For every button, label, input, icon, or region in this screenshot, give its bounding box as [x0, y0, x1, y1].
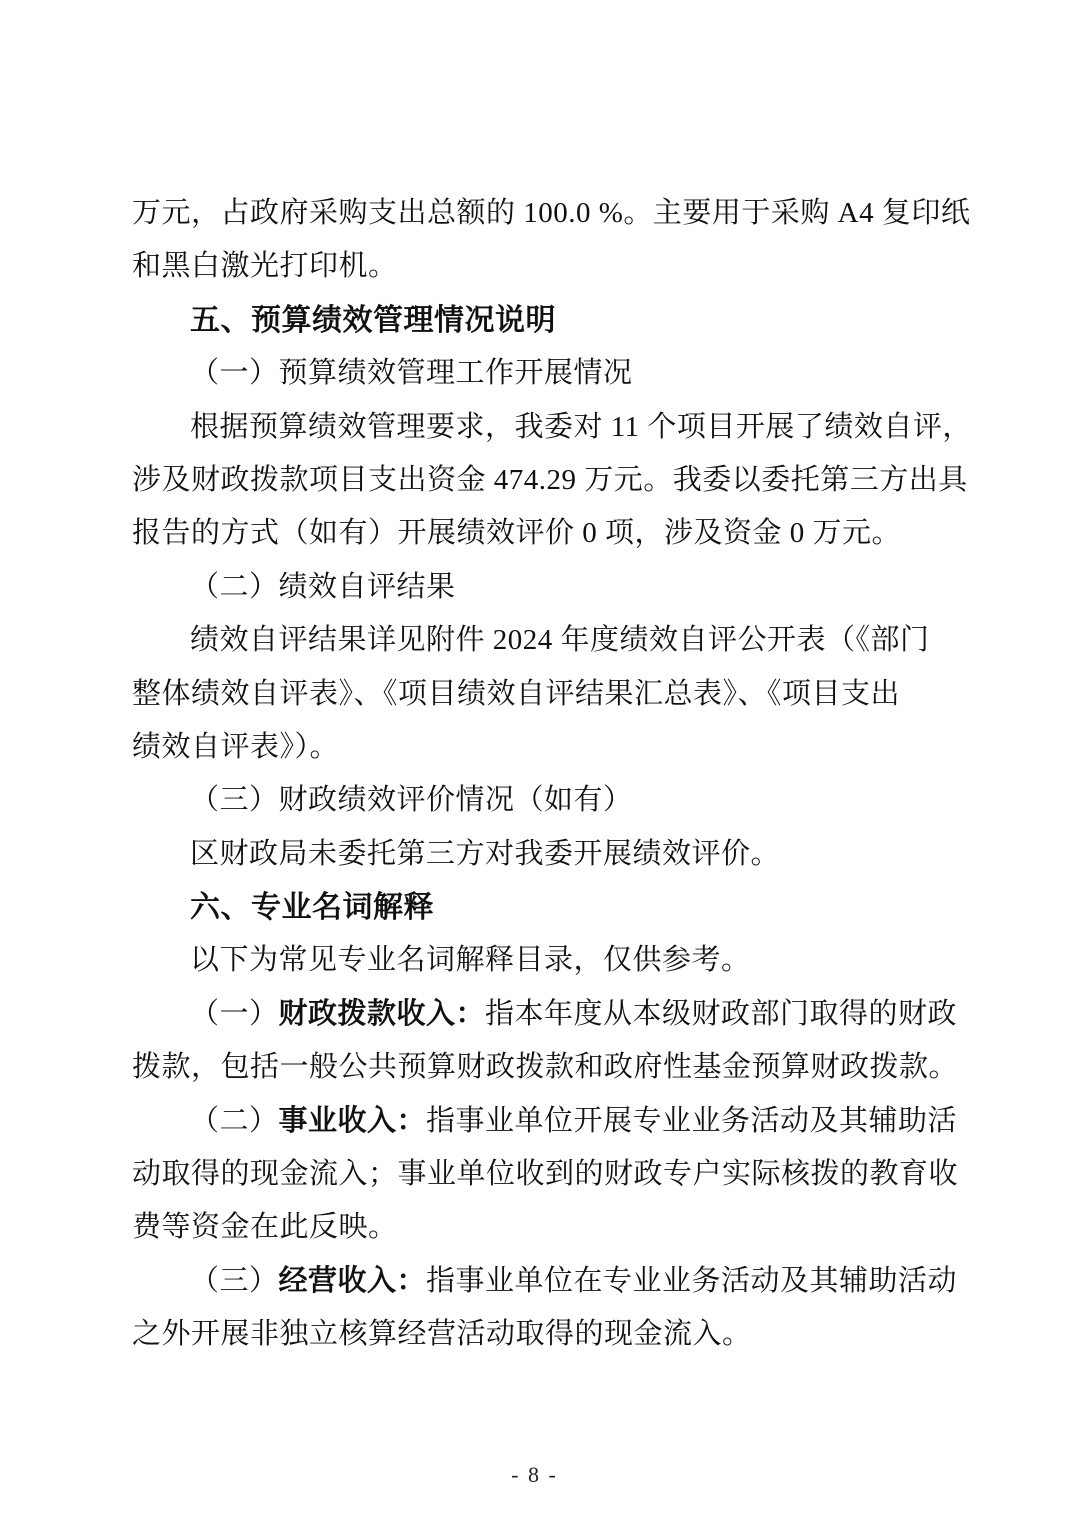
- definition-numbering: （一）: [190, 998, 279, 1030]
- paragraph-line: 之外开展非独立核算经营活动取得的现金流入。: [132, 1308, 940, 1361]
- paragraph-line: 拨款，包括一般公共预算财政拨款和政府性基金预算财政拨款。: [132, 1041, 940, 1094]
- section-heading-5: 五、预算绩效管理情况说明: [132, 294, 940, 347]
- paragraph-line: 绩效自评表》）。: [132, 721, 940, 774]
- paragraph-line: 和黑白激光打印机。: [132, 240, 940, 293]
- paragraph-line: 根据预算绩效管理要求，我委对 11 个项目开展了绩效自评，: [132, 401, 940, 454]
- paragraph-line: 涉及财政拨款项目支出资金 474.29 万元。我委以委托第三方出具: [132, 454, 940, 507]
- definition-line: （二）事业收入：指事业单位开展专业业务活动及其辅助活: [132, 1095, 940, 1148]
- definition-term: 经营收入：: [279, 1265, 427, 1297]
- page-footer: - 8 -: [0, 1462, 1069, 1488]
- subsection-heading-5-2: （二）绩效自评结果: [132, 561, 940, 614]
- definition-text: 指事业单位开展专业业务活动及其辅助活: [426, 1105, 957, 1137]
- paragraph-line: 费等资金在此反映。: [132, 1201, 940, 1254]
- page-number: - 8 -: [511, 1462, 558, 1487]
- paragraph-line: 报告的方式（如有）开展绩效评价 0 项，涉及资金 0 万元。: [132, 507, 940, 560]
- definition-line: （三）经营收入：指事业单位在专业业务活动及其辅助活动: [132, 1255, 940, 1308]
- paragraph-line: 万元，占政府采购支出总额的 100.0 %。主要用于采购 A4 复印纸: [132, 187, 940, 240]
- document-page: 万元，占政府采购支出总额的 100.0 %。主要用于采购 A4 复印纸 和黑白激…: [0, 0, 1069, 1515]
- paragraph-line: 绩效自评结果详见附件 2024 年度绩效自评公开表（《部门: [132, 614, 940, 667]
- definition-line: （一）财政拨款收入：指本年度从本级财政部门取得的财政: [132, 988, 940, 1041]
- subsection-heading-5-3: （三）财政绩效评价情况（如有）: [132, 774, 940, 827]
- section-heading-6: 六、专业名词解释: [132, 881, 940, 934]
- definition-term: 事业收入：: [279, 1105, 427, 1137]
- definition-text: 指事业单位在专业业务活动及其辅助活动: [426, 1265, 957, 1297]
- definition-numbering: （三）: [190, 1265, 279, 1297]
- definition-term: 财政拨款收入：: [279, 998, 486, 1030]
- paragraph-line: 整体绩效自评表》、《项目绩效自评结果汇总表》、《项目支出: [132, 668, 940, 721]
- definition-numbering: （二）: [190, 1105, 279, 1137]
- definition-text: 指本年度从本级财政部门取得的财政: [485, 998, 957, 1030]
- subsection-heading-5-1: （一）预算绩效管理工作开展情况: [132, 347, 940, 400]
- document-body: 万元，占政府采购支出总额的 100.0 %。主要用于采购 A4 复印纸 和黑白激…: [132, 187, 940, 1362]
- paragraph-line: 区财政局未委托第三方对我委开展绩效评价。: [132, 828, 940, 881]
- paragraph-line: 以下为常见专业名词解释目录，仅供参考。: [132, 934, 940, 987]
- paragraph-line: 动取得的现金流入；事业单位收到的财政专户实际核拨的教育收: [132, 1148, 940, 1201]
